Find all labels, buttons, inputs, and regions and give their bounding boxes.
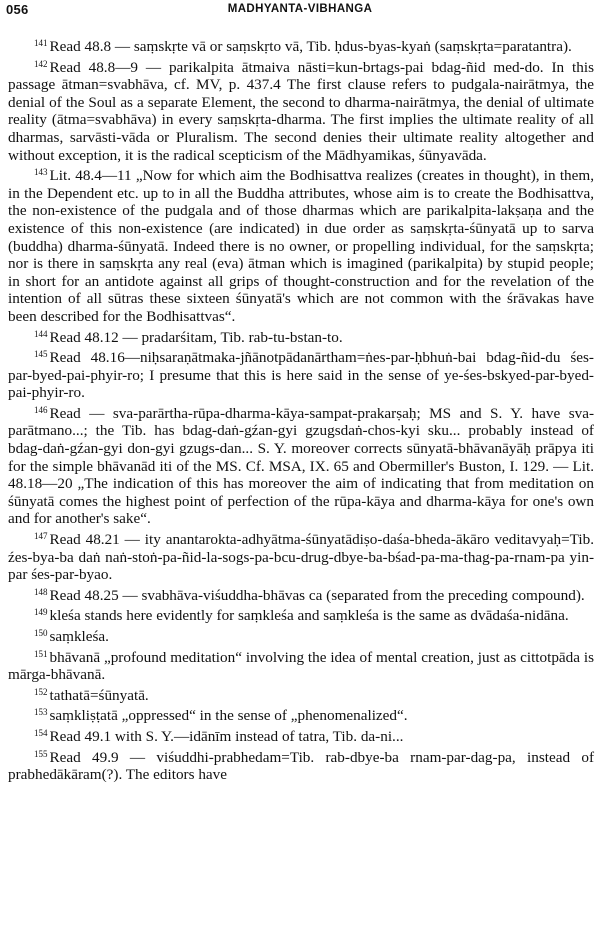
- footnote-151: 151bhāvanā „profound meditation“ involvi…: [8, 646, 594, 684]
- footnote-149: 149kleśa stands here evidently for saṃkl…: [8, 604, 594, 625]
- footnote-text: saṃkleśa.: [50, 628, 109, 645]
- footnote-number: 153: [34, 707, 48, 717]
- footnote-number: 149: [34, 607, 48, 617]
- footnote-number: 146: [34, 405, 48, 415]
- footnote-text: Read 48.16—niḥsaraṇātmaka-jñānotpādanārt…: [8, 349, 594, 401]
- footnote-text: Read 48.21 — ity anantarokta-adhyātma-śū…: [8, 531, 594, 583]
- footnote-148: 148Read 48.25 — svabhāva-viśuddha-bhāvas…: [8, 584, 594, 605]
- footnote-number: 152: [34, 687, 48, 697]
- footnote-text: Lit. 48.4—11 „Now for which aim the Bodh…: [8, 167, 594, 325]
- footnote-text: kleśa stands here evidently for saṃkleśa…: [50, 607, 569, 624]
- footnote-text: Read 48.8 — saṃskṛte vā or saṃskṛto vā, …: [50, 38, 572, 55]
- footnote-number: 143: [34, 167, 48, 177]
- page-header: 056 MADHYANTA-VIBHANGA: [6, 2, 594, 20]
- footnote-text: Read 48.8—9 — parikalpita ātmaiva nāsti=…: [8, 59, 594, 164]
- footnote-146: 146Read — sva-parārtha-rūpa-dharma-kāya-…: [8, 402, 594, 528]
- footnote-147: 147Read 48.21 — ity anantarokta-adhyātma…: [8, 528, 594, 584]
- footnote-number: 144: [34, 329, 48, 339]
- footnote-number: 141: [34, 38, 48, 48]
- footnote-number: 148: [34, 587, 48, 597]
- footnote-153: 153saṃkliṣṭatā „oppressed“ in the sense …: [8, 704, 594, 725]
- footnote-number: 151: [34, 649, 48, 659]
- footnote-145: 145Read 48.16—niḥsaraṇātmaka-jñānotpādan…: [8, 346, 594, 402]
- footnote-text: Read 48.12 — pradarśitam, Tib. rab-tu-bs…: [50, 329, 343, 346]
- footnote-text: Read 48.25 — svabhāva-viśuddha-bhāvas ca…: [50, 587, 585, 604]
- footnote-text: tathatā=śūnyatā.: [50, 687, 149, 704]
- footnote-152: 152tathatā=śūnyatā.: [8, 684, 594, 705]
- footnote-text: saṃkliṣṭatā „oppressed“ in the sense of …: [50, 707, 408, 724]
- footnote-text: Read 49.9 — viśuddhi-prabhedam=Tib. rab-…: [8, 749, 594, 784]
- footnote-150: 150saṃkleśa.: [8, 625, 594, 646]
- footnote-154: 154Read 49.1 with S. Y.—idānīm instead o…: [8, 725, 594, 746]
- footnote-text: Read 49.1 with S. Y.—idānīm instead of t…: [50, 728, 404, 745]
- footnote-number: 155: [34, 749, 48, 759]
- footnote-number: 145: [34, 349, 48, 359]
- footnote-number: 147: [34, 531, 48, 541]
- footnote-number: 150: [34, 628, 48, 638]
- footnote-text: Read — sva-parārtha-rūpa-dharma-kāya-sam…: [8, 405, 594, 528]
- footnote-141: 141Read 48.8 — saṃskṛte vā or saṃskṛto v…: [8, 35, 594, 56]
- footnote-number: 154: [34, 728, 48, 738]
- running-title: MADHYANTA-VIBHANGA: [6, 3, 594, 15]
- footnote-155: 155Read 49.9 — viśuddhi-prabhedam=Tib. r…: [8, 746, 594, 784]
- footnote-number: 142: [34, 59, 48, 69]
- footnotes-body: 141Read 48.8 — saṃskṛte vā or saṃskṛto v…: [8, 35, 594, 784]
- footnote-142: 142Read 48.8—9 — parikalpita ātmaiva nās…: [8, 56, 594, 165]
- footnote-144: 144Read 48.12 — pradarśitam, Tib. rab-tu…: [8, 326, 594, 347]
- footnote-143: 143Lit. 48.4—11 „Now for which aim the B…: [8, 164, 594, 325]
- footnote-text: bhāvanā „profound meditation“ involving …: [8, 649, 594, 684]
